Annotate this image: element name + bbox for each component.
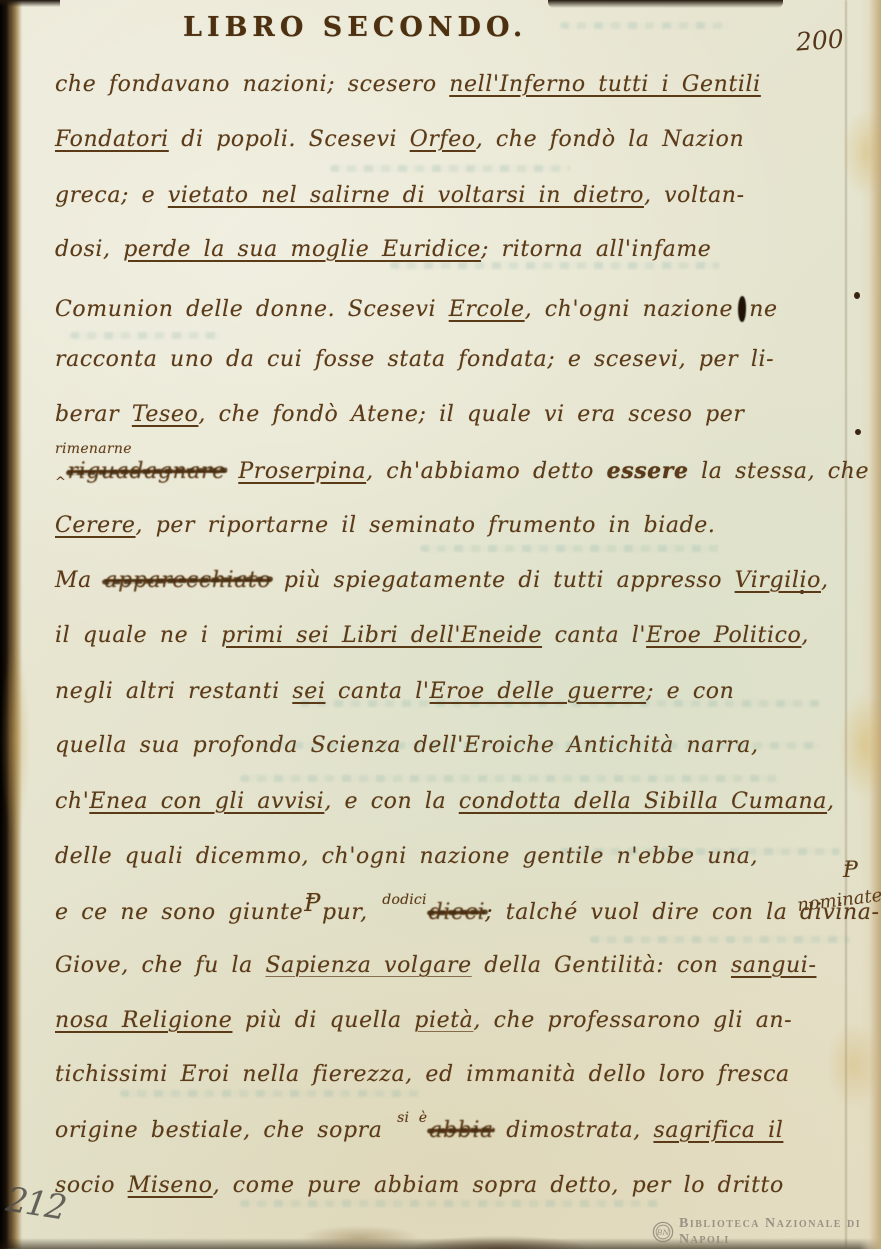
- manuscript-line: quella sua profonda Scienza dell'Eroiche…: [55, 731, 855, 761]
- manuscript-text-segment: ne: [749, 297, 777, 322]
- manuscript-line: Giove, che fu la Sapienza volgare della …: [55, 951, 855, 981]
- manuscript-text-segment: Giove, che fu la: [55, 953, 265, 978]
- manuscript-text-segment: essere: [607, 458, 689, 484]
- manuscript-text-segment: racconta uno da cui fosse stata fondata;…: [55, 347, 774, 372]
- manuscript-line: tichissimi Eroi nella fierezza, ed imman…: [55, 1060, 855, 1090]
- manuscript-text-segment: ,: [821, 568, 829, 593]
- manuscript-line: greca; e vietato nel salirne di voltarsi…: [55, 181, 855, 211]
- manuscript-text-segment: dodici: [382, 885, 426, 915]
- manuscript-text-segment: Ᵽ: [304, 888, 321, 918]
- manuscript-line: Ma apparecchiato più spiegatamente di tu…: [55, 566, 855, 596]
- manuscript-text-segment: negli altri restanti: [55, 679, 292, 704]
- bleed-through-mark: [590, 936, 850, 943]
- manuscript-text-segment: il quale ne i: [55, 623, 221, 648]
- manuscript-line: che fondavano nazioni; scesero nell'Infe…: [55, 70, 855, 100]
- manuscript-line: racconta uno da cui fosse stata fondata;…: [55, 345, 855, 375]
- manuscript-text-segment: Comunion delle donne. Scesevi: [55, 297, 449, 322]
- manuscript-text-segment: Cerere: [55, 513, 136, 538]
- manuscript-text-segment: sagrifica il: [653, 1118, 783, 1143]
- library-watermark: BN Biblioteca Nazionale di Napoli: [652, 1216, 881, 1248]
- manuscript-text-segment: la stessa, che: [689, 459, 869, 484]
- manuscript-page: LIBRO SECONDO. 200 212 Ᵽ nominate che fo…: [0, 0, 881, 1249]
- manuscript-text-segment: , per riportarne il seminato frumento in…: [136, 513, 716, 538]
- ink-blot: [738, 296, 747, 322]
- manuscript-text-segment: Fondatori: [55, 127, 169, 152]
- manuscript-text-segment: ch': [55, 789, 89, 814]
- manuscript-text-segment: ,: [801, 623, 809, 648]
- manuscript-line: delle quali dicemmo, ch'ogni nazione gen…: [55, 842, 855, 872]
- manuscript-text-segment: socio: [55, 1173, 128, 1198]
- manuscript-text-segment: , che professarono gli an-: [473, 1008, 792, 1033]
- manuscript-text-segment: più spiegatamente di tutti appresso: [271, 568, 734, 593]
- manuscript-text-segment: Enea con gli avvisi: [89, 789, 324, 814]
- manuscript-text-segment: Miseno: [128, 1173, 213, 1198]
- manuscript-line: Fondatori di popoli. Scesevi Orfeo, che …: [55, 125, 855, 155]
- bleed-through-mark: [560, 22, 730, 29]
- manuscript-text-segment: Virgilio: [735, 568, 821, 593]
- manuscript-text-segment: , che fondò Atene; il quale vi era sceso…: [198, 402, 744, 427]
- manuscript-text-segment: Eroe delle guerre: [430, 679, 647, 704]
- chapter-title: LIBRO SECONDO.: [183, 12, 527, 43]
- library-logo-icon: BN: [652, 1221, 674, 1243]
- manuscript-text-segment: Ercole: [449, 297, 525, 322]
- manuscript-text-segment: rimenarne: [55, 441, 132, 457]
- library-watermark-text: Biblioteca Nazionale di Napoli: [679, 1216, 881, 1248]
- manuscript-text-segment: riguadagnare: [68, 457, 226, 487]
- manuscript-line: origine bestiale, che sopra si èabbia di…: [55, 1116, 855, 1148]
- right-edge-shadow: [859, 0, 881, 1249]
- top-corner-shadow: [0, 0, 60, 7]
- bleed-through-mark: [420, 545, 720, 552]
- manuscript-text-segment: quella sua profonda Scienza dell'Eroiche…: [55, 733, 759, 758]
- manuscript-text-segment: greca; e: [55, 183, 168, 208]
- bleed-through-mark: [120, 1090, 420, 1097]
- binding-edge-shadow: [0, 0, 9, 1249]
- manuscript-text-segment: ^: [55, 468, 67, 498]
- manuscript-text-segment: tichissimi Eroi nella fierezza, ed imman…: [55, 1062, 790, 1087]
- manuscript-line: il quale ne i primi sei Libri dell'Eneid…: [55, 621, 855, 651]
- bleed-through-mark: [240, 775, 780, 782]
- manuscript-text-segment: apparecchiato: [104, 566, 271, 596]
- manuscript-text-segment: che fondavano nazioni; scesero: [55, 72, 449, 97]
- manuscript-text-segment: condotta della Sibilla Cumana: [459, 789, 827, 814]
- manuscript-text-segment: si è: [397, 1103, 427, 1133]
- manuscript-text-segment: nell'Inferno tutti i Gentili: [449, 72, 761, 97]
- manuscript-text-segment: , come pure abbiam sopra detto, per lo d…: [213, 1173, 784, 1198]
- manuscript-text-segment: e ce ne sono giunte: [55, 900, 303, 925]
- manuscript-text-segment: Ma: [55, 568, 104, 593]
- manuscript-text-segment: Proserpina: [238, 459, 366, 484]
- manuscript-line: dosi, perde la sua moglie Euridice; rito…: [55, 235, 855, 265]
- manuscript-text-segment: , che fondò la Nazion: [476, 127, 745, 152]
- manuscript-line: e ce ne sono giunteⱣpur, dodicidieci; ta…: [55, 896, 855, 930]
- manuscript-text-segment: canta l': [542, 623, 646, 648]
- manuscript-text-segment: primi sei Libri dell'Eneide: [221, 623, 542, 648]
- manuscript-line: ^riguadagnare Proserpina, ch'abbiamo det…: [55, 456, 855, 490]
- manuscript-text-segment: ,: [827, 789, 835, 814]
- manuscript-text-segment: sei: [292, 679, 325, 704]
- manuscript-text-segment: nosa Religione: [55, 1008, 232, 1033]
- manuscript-line: socio Miseno, come pure abbiam sopra det…: [55, 1171, 855, 1201]
- bleed-through-mark: [240, 1200, 660, 1207]
- manuscript-text-segment: Teseo: [132, 402, 199, 427]
- manuscript-text-segment: , e con la: [324, 789, 458, 814]
- manuscript-text-segment: Sapienza volgare: [265, 953, 471, 978]
- manuscript-text-segment: Orfeo: [410, 127, 476, 152]
- manuscript-text-segment: ; ritorna all'infame: [481, 237, 711, 262]
- manuscript-text-segment: ; e con: [646, 679, 734, 704]
- bleed-through-mark: [70, 332, 220, 339]
- manuscript-text-segment: più di quella: [232, 1008, 414, 1033]
- svg-text:BN: BN: [656, 1228, 671, 1237]
- manuscript-line: ch'Enea con gli avvisi, e con la condott…: [55, 787, 855, 817]
- ink-spot: [855, 429, 861, 435]
- manuscript-text-segment: [226, 459, 239, 484]
- manuscript-text-segment: pur,: [322, 900, 380, 925]
- manuscript-text-segment: origine bestiale, che sopra: [55, 1118, 395, 1143]
- bleed-through-mark: [330, 165, 570, 172]
- manuscript-text-segment: di popoli. Scesevi: [169, 127, 410, 152]
- top-edge-shadow: [548, 0, 783, 8]
- manuscript-text-segment: sangui-: [731, 953, 817, 978]
- bottom-smudge-stain: [410, 1235, 590, 1249]
- manuscript-text-segment: vietato nel salirne di voltarsi in dietr…: [168, 183, 644, 208]
- manuscript-text-segment: , ch'abbiamo detto: [366, 459, 606, 484]
- manuscript-line: nosa Religione più di quella pietà, che …: [55, 1006, 855, 1036]
- manuscript-text-segment: berar: [55, 402, 132, 427]
- manuscript-text-segment: dosi,: [55, 237, 123, 262]
- manuscript-text-segment: , ch'ogni nazione: [525, 297, 734, 322]
- manuscript-text-segment: ; talché vuol dire con la divina-: [485, 900, 879, 925]
- manuscript-text-segment: dimostrata,: [494, 1118, 654, 1143]
- manuscript-text-segment: delle quali dicemmo, ch'ogni nazione gen…: [55, 844, 758, 869]
- manuscript-text-segment: pietà: [414, 1008, 473, 1033]
- manuscript-text-segment: dieci: [429, 898, 486, 928]
- manuscript-line: negli altri restanti sei canta l'Eroe de…: [55, 677, 855, 707]
- manuscript-line: Cerere, per riportarne il seminato frume…: [55, 511, 855, 541]
- page-number: 200: [795, 24, 845, 56]
- manuscript-text-segment: abbia: [429, 1116, 493, 1146]
- manuscript-text-segment: della Gentilità: con: [472, 953, 731, 978]
- manuscript-text-segment: Eroe Politico: [646, 623, 801, 648]
- manuscript-text-segment: , voltan-: [644, 183, 745, 208]
- manuscript-line: Comunion delle donne. Scesevi Ercole, ch…: [55, 290, 855, 325]
- manuscript-line: berar Teseo, che fondò Atene; il quale v…: [55, 400, 855, 430]
- manuscript-text-segment: perde la sua moglie Euridice: [123, 237, 481, 262]
- manuscript-text-segment: canta l': [325, 679, 429, 704]
